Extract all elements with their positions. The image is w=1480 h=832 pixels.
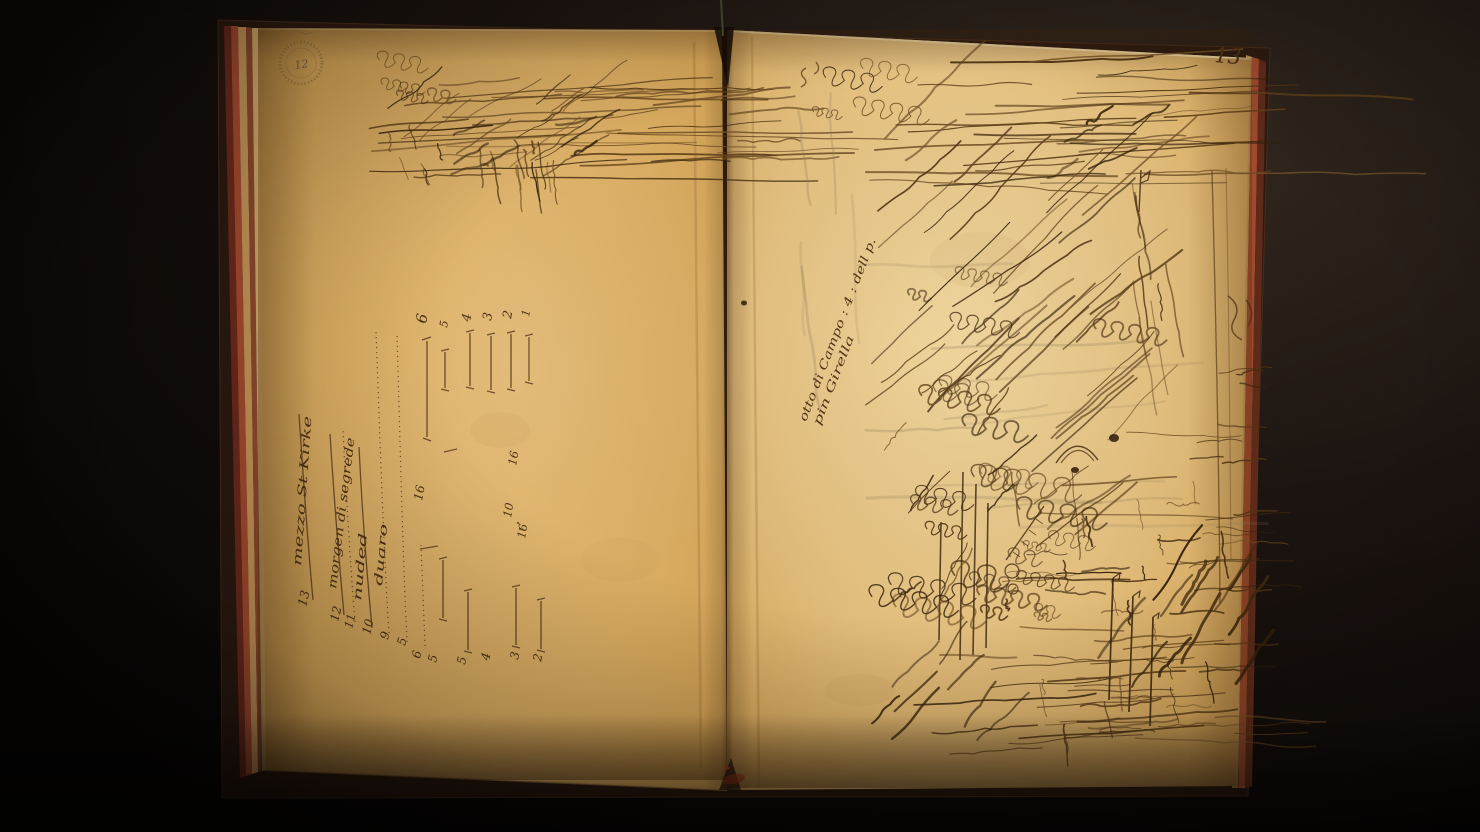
vignette-overlay bbox=[0, 0, 1480, 832]
bottom-shadow bbox=[0, 712, 1480, 832]
sketchbook-photo: 6 5 4 3 2 1 13 12 11 10 9 5 mezzo St Kir… bbox=[0, 0, 1480, 832]
photograph-of-open-sketchbook: 6 5 4 3 2 1 13 12 11 10 9 5 mezzo St Kir… bbox=[0, 0, 1480, 832]
